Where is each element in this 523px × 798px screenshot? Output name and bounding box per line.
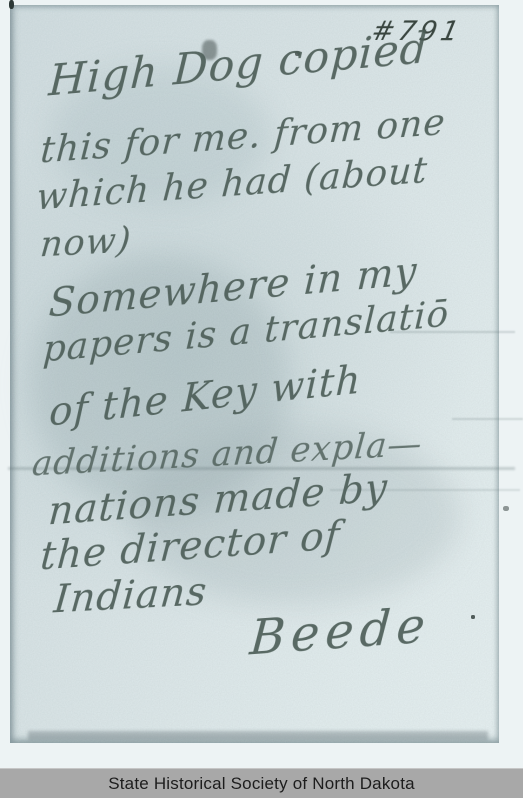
ink-speck [9,0,14,9]
credit-bar-text: State Historical Society of North Dakota [108,774,415,794]
ink-speck [503,506,509,511]
credit-bar: State Historical Society of North Dakota [0,768,523,798]
handwriting-line: now) [38,220,133,265]
ink-speck [471,615,475,619]
handwriting-line: Indians [52,569,209,622]
scan-edge-smudge [28,731,488,740]
